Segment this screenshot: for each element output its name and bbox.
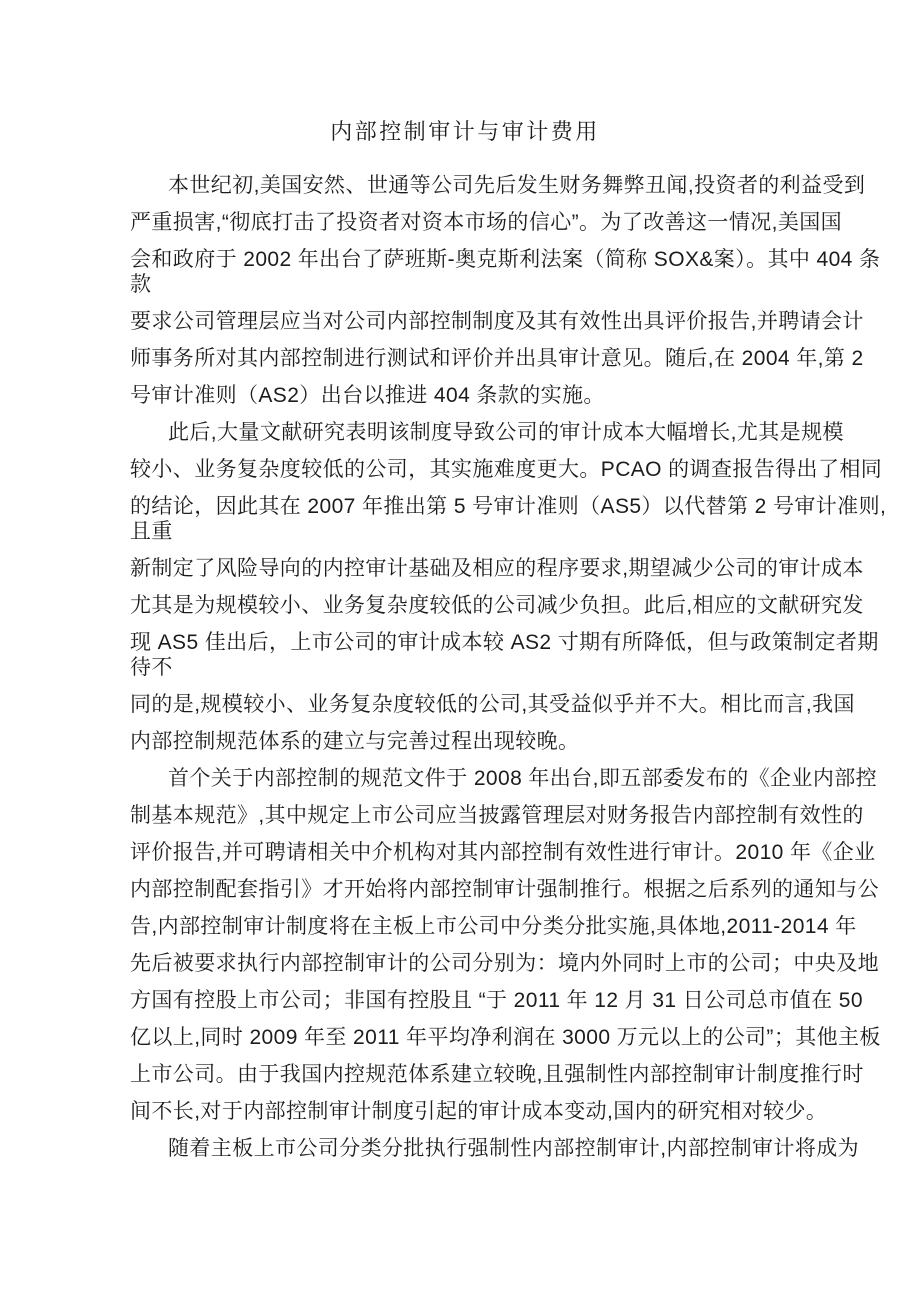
text-line: 间不长,对于内部控制审计制度引起的审计成本变动,国内的研究相对较少。 bbox=[130, 1099, 800, 1124]
text-line: 待不 bbox=[130, 655, 800, 680]
text-line: 制基本规范》,其中规定上市公司应当披露管理层对财务报告内部控制有效性的 bbox=[130, 803, 800, 828]
document-title: 内部控制审计与审计费用 bbox=[130, 118, 800, 146]
text-line: 同的是,规模较小、业务复杂度较低的公司,其受益似乎并不大。相比而言,我国 bbox=[130, 692, 800, 717]
text-line: 本世纪初,美国安然、世通等公司先后发生财务舞弊丑闻,投资者的利益受到 bbox=[130, 173, 800, 198]
text-line: 随着主板上市公司分类分批执行强制性内部控制审计,内部控制审计将成为 bbox=[130, 1136, 800, 1161]
text-line: 方国有控股上市公司；非国有控股且 “于 2011 年 12 月 31 日公司总市… bbox=[130, 988, 800, 1013]
document-page: 内部控制审计与审计费用 本世纪初,美国安然、世通等公司先后发生财务舞弊丑闻,投资… bbox=[0, 0, 920, 1303]
text-line: 师事务所对其内部控制进行测试和评价并出具审计意见。随后,在 2004 年,第 2 bbox=[130, 346, 800, 371]
text-line: 首个关于内部控制的规范文件于 2008 年出台,即五部委发布的《企业内部控 bbox=[130, 766, 800, 791]
text-line: 亿以上,同时 2009 年至 2011 年平均净利润在 3000 万元以上的公司… bbox=[130, 1025, 800, 1050]
text-line: 款 bbox=[130, 272, 800, 297]
text-line: 告,内部控制审计制度将在主板上市公司中分类分批实施,具体地,2011-2014 … bbox=[130, 914, 800, 939]
text-line: 现 AS5 佳出后，上市公司的审计成本较 AS2 寸期有所降低，但与政策制定者期 bbox=[130, 630, 800, 655]
text-line: 内部控制配套指引》才开始将内部控制审计强制推行。根据之后系列的通知与公 bbox=[130, 877, 800, 902]
text-line: 尤其是为规模较小、业务复杂度较低的公司减少负担。此后,相应的文献研究发 bbox=[130, 593, 800, 618]
text-line: 要求公司管理层应当对公司内部控制制度及其有效性出具评价报告,并聘请会计 bbox=[130, 309, 800, 334]
text-line: 且重 bbox=[130, 519, 800, 544]
text-line: 此后,大量文献研究表明该制度导致公司的审计成本大幅增长,尤其是规模 bbox=[130, 420, 800, 445]
text-line: 评价报告,并可聘请相关中介机构对其内部控制有效性进行审计。2010 年《企业 bbox=[130, 840, 800, 865]
text-line: 较小、业务复杂度较低的公司，其实施难度更大。PCAO 的调查报告得出了相同 bbox=[130, 457, 800, 482]
text-line: 号审计准则（AS2）出台以推进 404 条款的实施。 bbox=[130, 383, 800, 408]
text-line: 严重损害,“彻底打击了投资者对资本市场的信心”。为了改善这一情况,美国国 bbox=[130, 210, 800, 235]
text-line: 先后被要求执行内部控制审计的公司分别为：境内外同时上市的公司；中央及地 bbox=[130, 951, 800, 976]
text-line: 的结论，因此其在 2007 年推出第 5 号审计准则（AS5）以代替第 2 号审… bbox=[130, 494, 800, 519]
text-line: 上市公司。由于我国内控规范体系建立较晚,且强制性内部控制审计制度推行时 bbox=[130, 1062, 800, 1087]
text-line: 会和政府于 2002 年出台了萨班斯-奥克斯利法案（简称 SOX&案）。其中 4… bbox=[130, 247, 800, 272]
text-line: 内部控制规范体系的建立与完善过程出现较晚。 bbox=[130, 729, 800, 754]
document-body: 本世纪初,美国安然、世通等公司先后发生财务舞弊丑闻,投资者的利益受到严重损害,“… bbox=[130, 173, 800, 1161]
text-line: 新制定了风险导向的内控审计基础及相应的程序要求,期望减少公司的审计成本 bbox=[130, 556, 800, 581]
